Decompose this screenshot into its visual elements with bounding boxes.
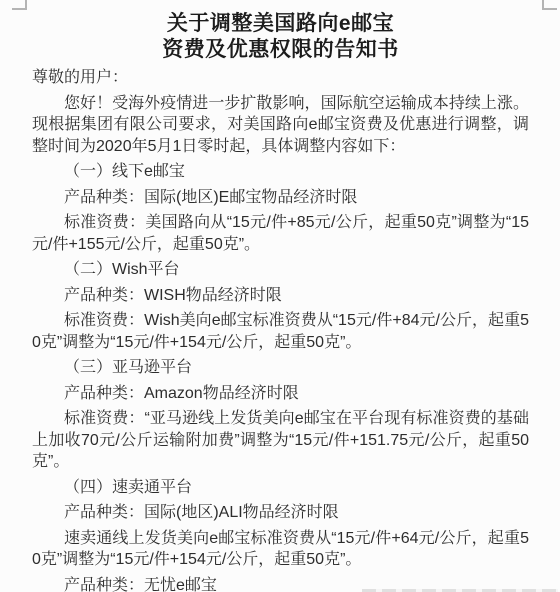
crop-mark-top-right-icon	[542, 0, 557, 10]
section-paragraph: 产品种类：Amazon物品经济时限	[32, 383, 529, 405]
notice-section: （二）Wish平台 产品种类：WISH物品经济时限标准资费：Wish美向e邮宝标…	[32, 259, 529, 353]
notice-section: （三）亚马逊平台 产品种类：Amazon物品经济时限标准资费：“亚马逊线上发货美…	[32, 357, 529, 473]
section-heading: （二）Wish平台	[32, 259, 529, 281]
section-paragraph: 产品种类：国际(地区)E邮宝物品经济时限	[32, 187, 529, 209]
section-paragraph: 标准资费：Wish美向e邮宝标准资费从“15元/件+84元/公斤，起重50克”调…	[32, 310, 529, 353]
notice-document-page: 关于调整美国路向e邮宝 资费及优惠权限的告知书 尊敬的用户： 您好！受海外疫情进…	[0, 0, 560, 592]
document-content: 关于调整美国路向e邮宝 资费及优惠权限的告知书 尊敬的用户： 您好！受海外疫情进…	[0, 0, 560, 592]
intro-paragraph: 您好！受海外疫情进一步扩散影响，国际航空运输成本持续上涨。现根据集团有限公司要求…	[32, 93, 529, 158]
document-title-line-1: 关于调整美国路向e邮宝	[167, 12, 394, 35]
crop-mark-top-left-icon	[12, 0, 27, 10]
salutation: 尊敬的用户：	[32, 67, 529, 89]
section-heading: （一）线下e邮宝	[32, 161, 529, 183]
document-title-line-2: 资费及优惠权限的告知书	[162, 38, 399, 61]
section-paragraph: 标准资费：“亚马逊线上发货美向e邮宝在平台现有标准资费的基础上加收70元/公斤运…	[32, 408, 529, 473]
notice-section: （四）速卖通平台 产品种类：国际(地区)ALI物品经济时限速卖通线上发货美向e邮…	[32, 477, 529, 592]
notice-section: （一）线下e邮宝 产品种类：国际(地区)E邮宝物品经济时限标准资费：美国路向从“…	[32, 161, 529, 255]
section-heading: （四）速卖通平台	[32, 477, 529, 499]
section-paragraph: 标准资费：美国路向从“15元/件+85元/公斤，起重50克”调整为“15元/件+…	[32, 212, 529, 255]
section-heading: （三）亚马逊平台	[32, 357, 529, 379]
section-paragraph: 速卖通线上发货美向e邮宝标准资费从“15元/件+64元/公斤，起重50克”调整为…	[32, 528, 529, 571]
document-title: 关于调整美国路向e邮宝 资费及优惠权限的告知书	[32, 11, 529, 63]
section-paragraph: 产品种类：国际(地区)ALI物品经济时限	[32, 502, 529, 524]
section-paragraph: 产品种类：WISH物品经济时限	[32, 285, 529, 307]
sections-container: （一）线下e邮宝 产品种类：国际(地区)E邮宝物品经济时限标准资费：美国路向从“…	[32, 161, 529, 592]
